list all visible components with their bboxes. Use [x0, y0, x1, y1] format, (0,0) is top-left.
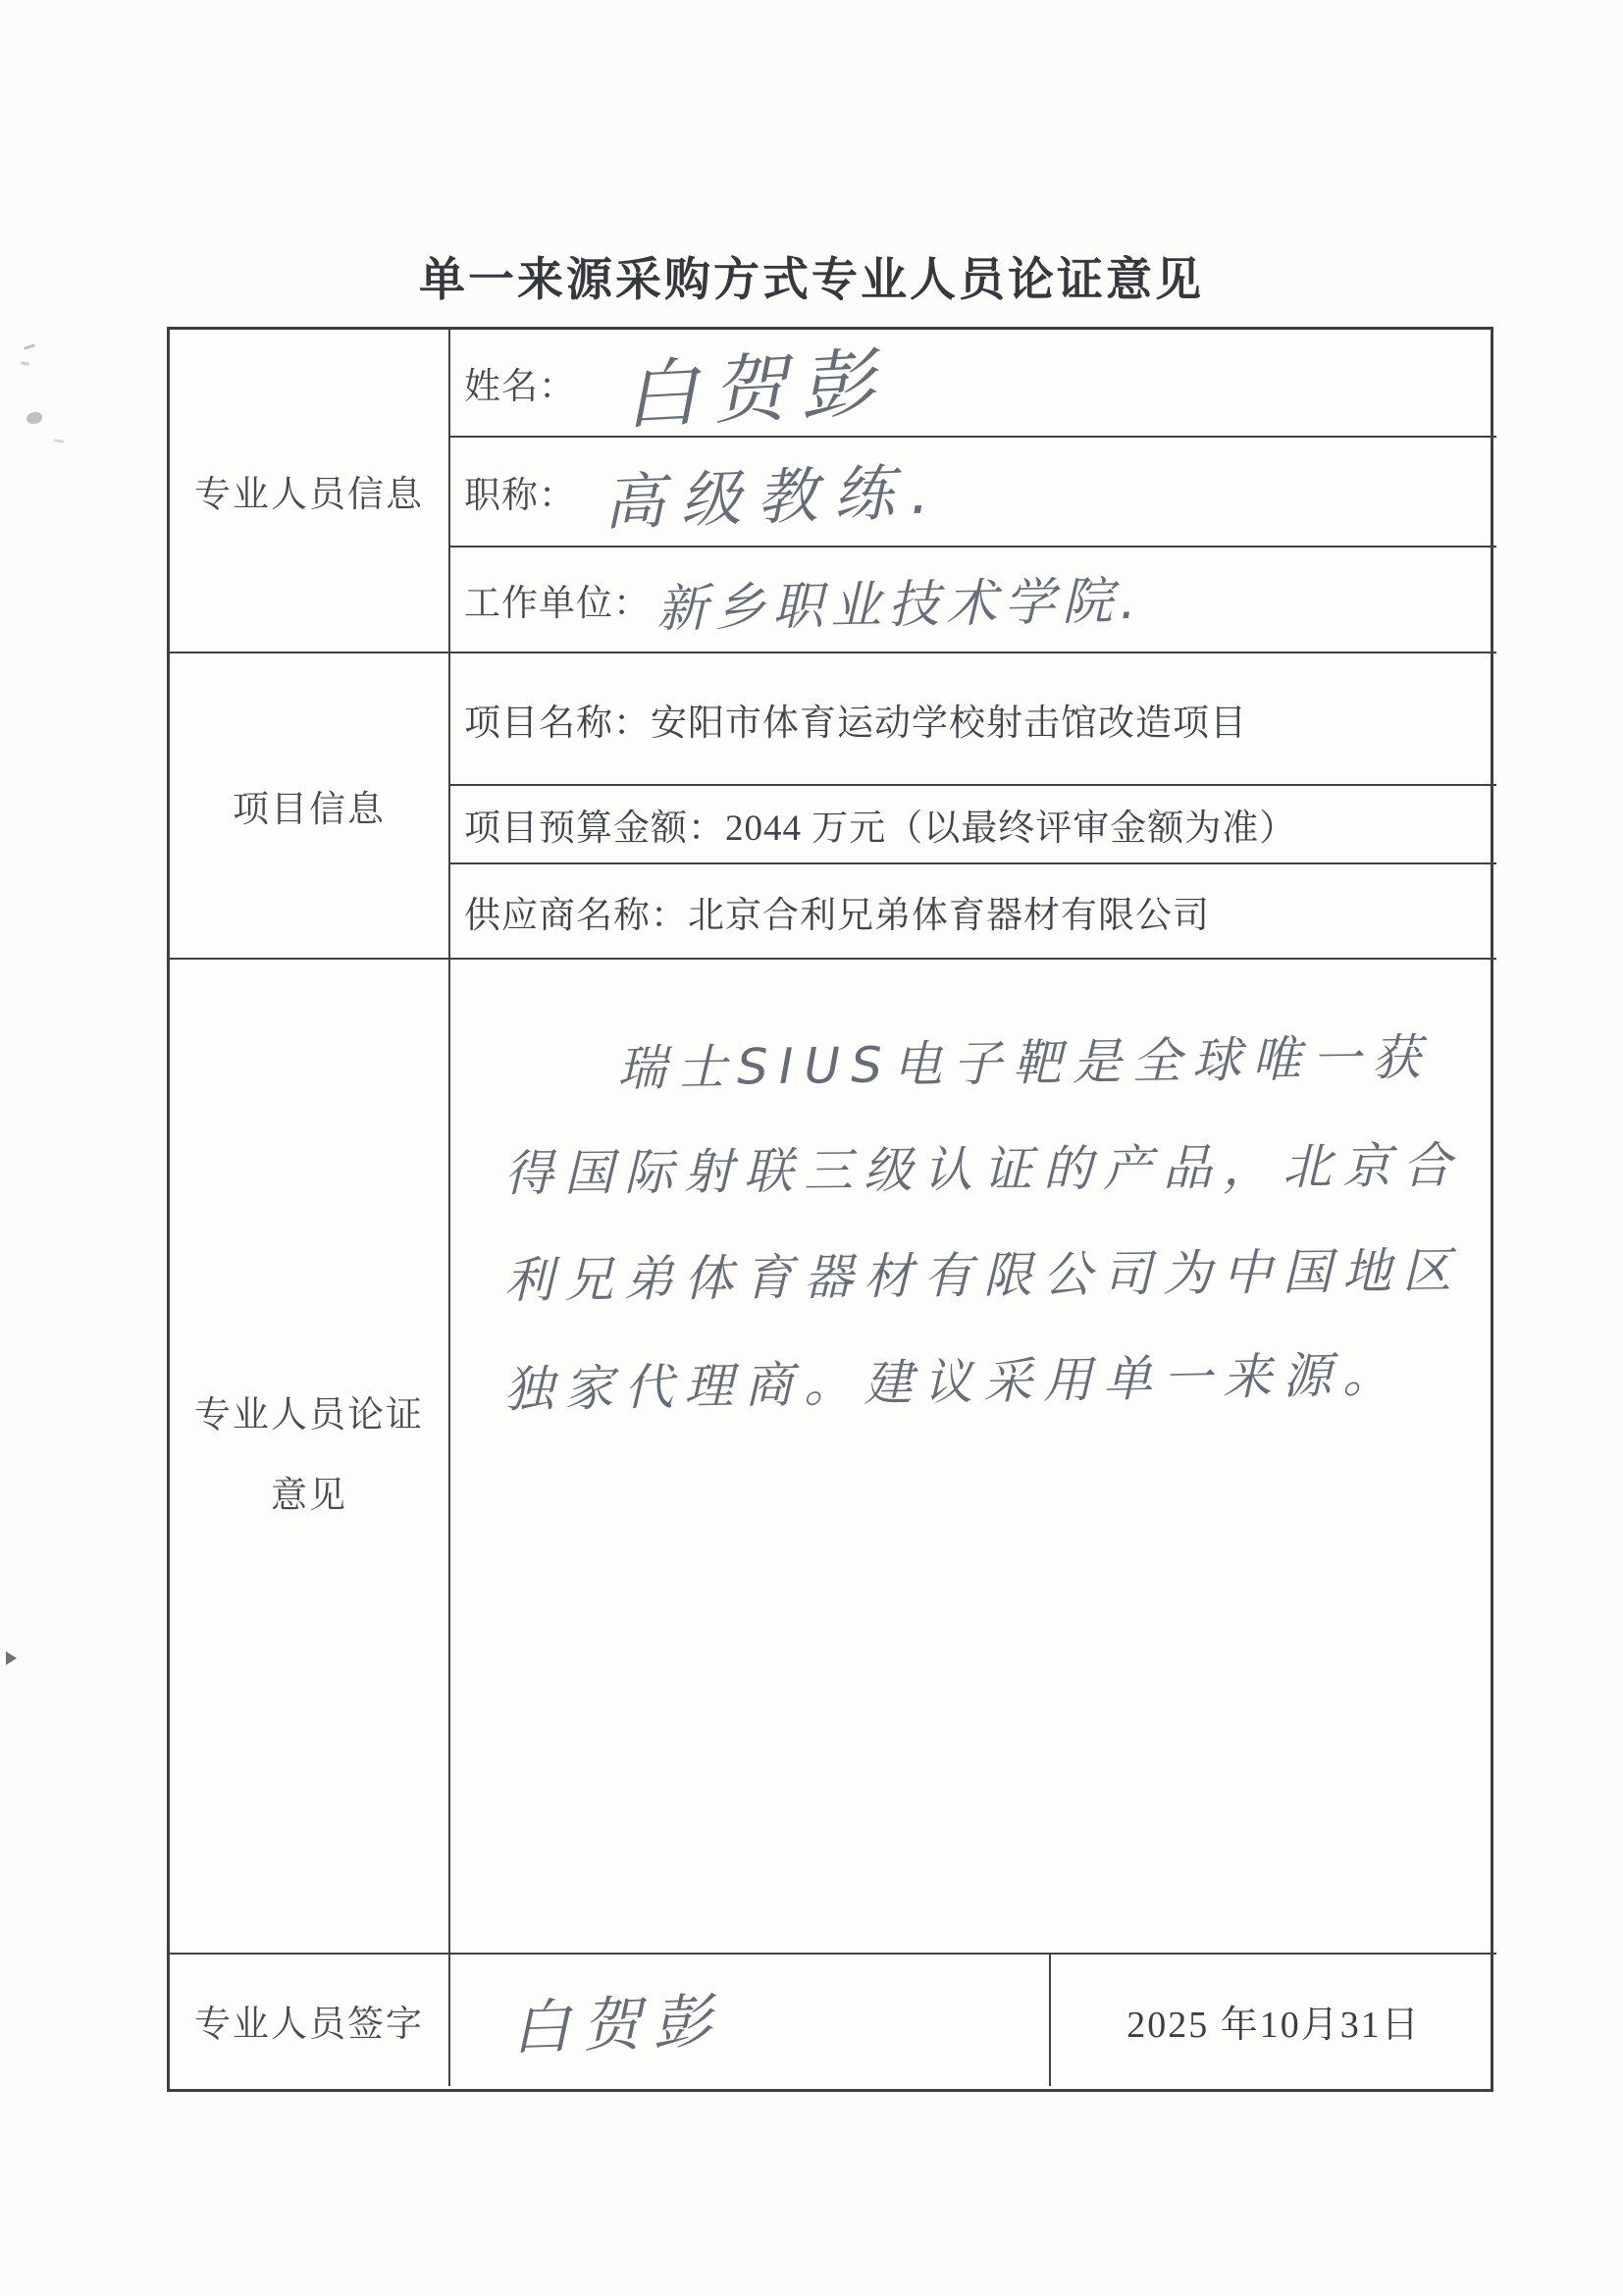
- jobtitle-field-label: 职称：: [464, 465, 576, 518]
- opinion-line-2: 得国际射联三级认证的产品，北京合: [504, 1113, 1468, 1227]
- scan-artifact: [6, 1651, 17, 1665]
- project-name-text: 项目名称：安阳市体育运动学校射击馆改造项目: [464, 693, 1247, 746]
- row-supplier: 供应商名称：北京合利兄弟体育器材有限公司: [450, 864, 1496, 960]
- scan-artifact: [54, 439, 64, 443]
- opinion-line-3: 利兄弟体育器材有限公司为中国地区: [503, 1218, 1467, 1333]
- name-field-label: 姓名：: [464, 356, 576, 409]
- document-title: 单一来源采购方式专业人员论证意见: [0, 243, 1623, 309]
- row-project-name: 项目名称：安阳市体育运动学校射击馆改造项目: [450, 653, 1496, 786]
- signature-date-text: 2025 年10月31日: [1126, 1994, 1421, 2048]
- jobtitle-handwritten-value: 高级教练.: [602, 442, 947, 541]
- opinion-line-4: 独家代理商。建议采用单一来源。: [503, 1320, 1468, 1442]
- section-label-signature: 专业人员签字: [170, 1955, 450, 2086]
- supplier-text: 供应商名称：北京合利兄弟体育器材有限公司: [464, 885, 1210, 938]
- scan-artifact: [26, 412, 42, 424]
- date-cell: 2025 年10月31日: [1051, 1955, 1496, 2086]
- row-name: 姓名： 白贺彭: [450, 330, 1496, 438]
- scan-artifact: [24, 343, 35, 350]
- section-label-personnel-info-text: 专业人员信息: [194, 464, 424, 517]
- opinion-line-1: 瑞士SIUS电子靶是全球唯一获: [503, 1004, 1467, 1123]
- row-jobtitle: 职称： 高级教练.: [450, 438, 1496, 548]
- section-label-opinion-line2: 意见: [271, 1456, 347, 1537]
- section-label-personnel-info: 专业人员信息: [170, 330, 450, 653]
- section-label-signature-text: 专业人员签字: [194, 1994, 424, 2047]
- section-label-project-info: 项目信息: [170, 653, 450, 960]
- opinion-form-table: 专业人员信息 姓名： 白贺彭 职称： 高级教练. 工作单位： 新乡职业技术学院.…: [167, 327, 1493, 2092]
- workunit-handwritten-value: 新乡职业技术学院.: [655, 558, 1143, 641]
- project-budget-text: 项目预算金额：2044 万元（以最终评审金额为准）: [464, 798, 1296, 851]
- opinion-handwritten-content: 瑞士SIUS电子靶是全球唯一获 得国际射联三级认证的产品，北京合 利兄弟体育器材…: [450, 960, 1496, 1955]
- workunit-field-label: 工作单位：: [464, 573, 651, 626]
- section-label-opinion-line1: 专业人员论证: [194, 1376, 424, 1456]
- name-handwritten-value: 白贺彭: [620, 323, 890, 444]
- section-label-opinion: 专业人员论证 意见: [170, 960, 450, 1955]
- row-signature: 白贺彭 2025 年10月31日: [450, 1955, 1496, 2086]
- signature-handwritten-value: 白贺彭: [510, 1974, 725, 2065]
- section-label-project-info-text: 项目信息: [233, 779, 386, 832]
- signature-cell: 白贺彭: [450, 1955, 1051, 2086]
- row-project-budget: 项目预算金额：2044 万元（以最终评审金额为准）: [450, 786, 1496, 864]
- scan-artifact: [21, 361, 29, 366]
- row-workunit: 工作单位： 新乡职业技术学院.: [450, 548, 1496, 653]
- scanned-document-page: 单一来源采购方式专业人员论证意见 专业人员信息 姓名： 白贺彭 职称： 高级教练…: [0, 0, 1623, 2296]
